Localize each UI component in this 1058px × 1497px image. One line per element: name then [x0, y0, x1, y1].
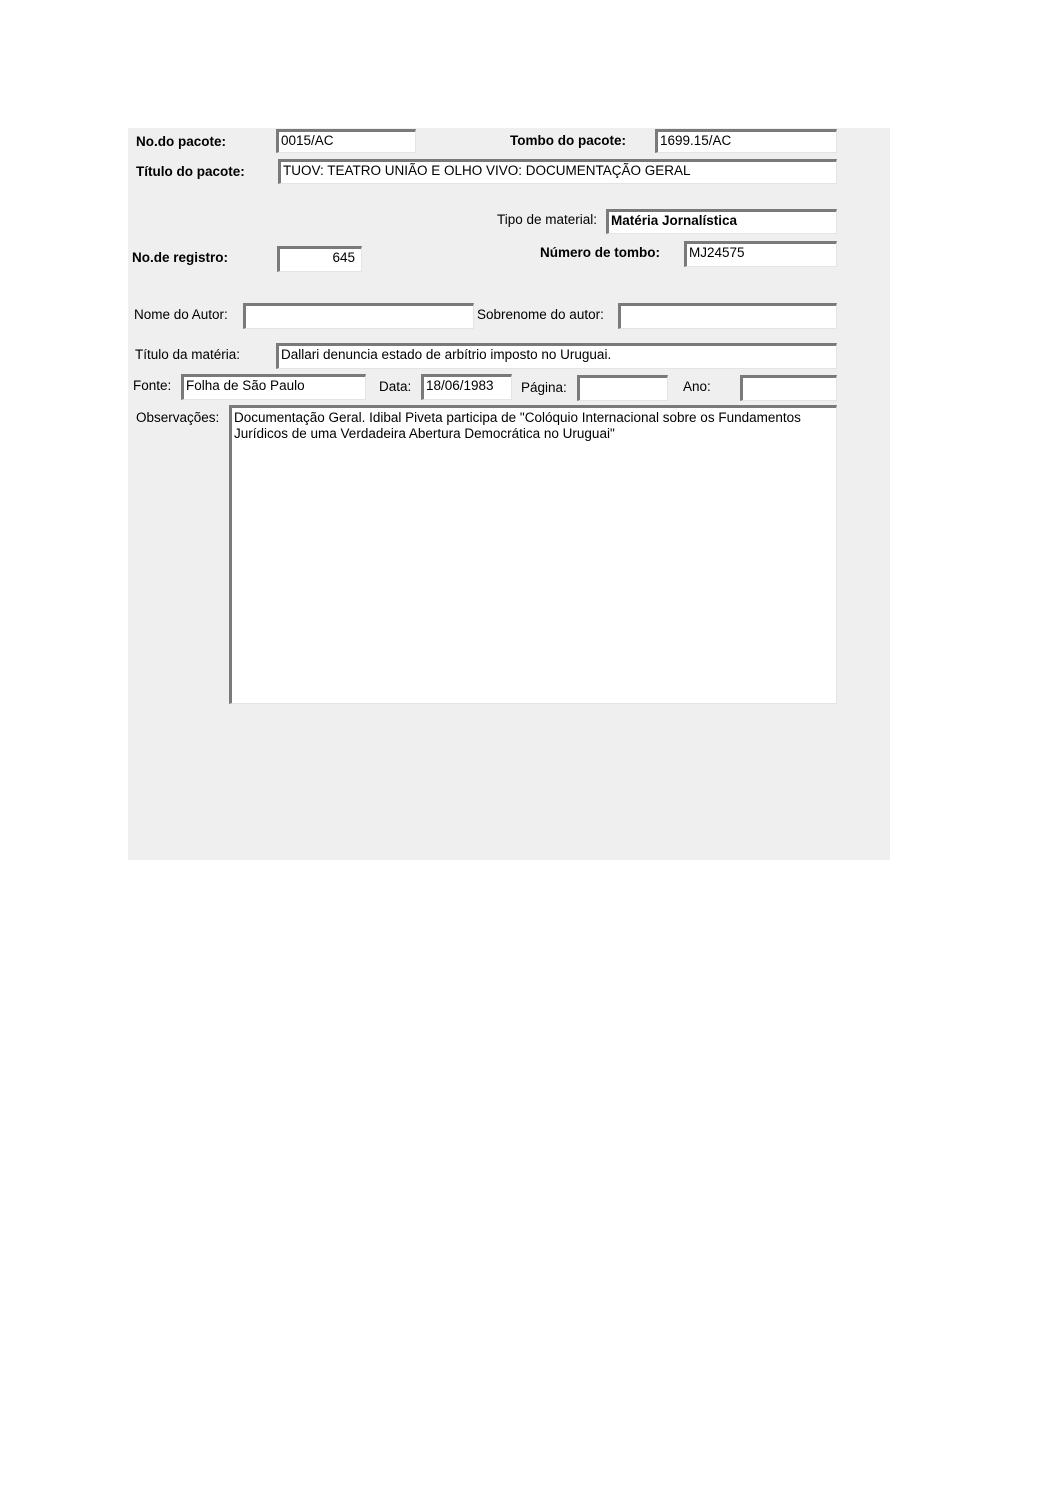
no-pacote-label: No.do pacote:: [136, 134, 226, 150]
data-label: Data:: [379, 379, 411, 395]
pagina-field[interactable]: [577, 375, 668, 401]
sobrenome-autor-field[interactable]: [618, 303, 837, 329]
numero-tombo-field[interactable]: MJ24575: [684, 241, 837, 267]
fonte-label: Fonte:: [133, 378, 171, 394]
tombo-pacote-field[interactable]: 1699.15/AC: [655, 129, 837, 153]
no-pacote-field[interactable]: 0015/AC: [276, 129, 416, 153]
tipo-material-label: Tipo de material:: [497, 212, 597, 228]
nome-autor-label: Nome do Autor:: [134, 307, 228, 323]
sobrenome-autor-label: Sobrenome do autor:: [477, 307, 604, 323]
titulo-pacote-label: Título do pacote:: [136, 164, 245, 180]
observacoes-textarea[interactable]: Documentação Geral. Idibal Piveta partic…: [229, 405, 837, 704]
titulo-materia-label: Título da matéria:: [135, 347, 240, 363]
observacoes-label: Observações:: [136, 410, 219, 426]
tombo-pacote-label: Tombo do pacote:: [510, 133, 626, 149]
no-registro-label: No.de registro:: [132, 250, 228, 266]
fonte-field[interactable]: Folha de São Paulo: [181, 374, 366, 400]
ano-label: Ano:: [683, 379, 711, 395]
titulo-pacote-field[interactable]: TUOV: TEATRO UNIÃO E OLHO VIVO: DOCUMENT…: [278, 159, 837, 184]
tipo-material-field[interactable]: Matéria Jornalística: [606, 209, 837, 234]
ano-field[interactable]: [740, 375, 837, 401]
nome-autor-field[interactable]: [243, 303, 474, 329]
pagina-label: Página:: [521, 380, 567, 396]
titulo-materia-field[interactable]: Dallari denuncia estado de arbítrio impo…: [276, 343, 837, 369]
numero-tombo-label: Número de tombo:: [540, 245, 660, 261]
data-field[interactable]: 18/06/1983: [421, 374, 512, 400]
no-registro-field[interactable]: 645: [277, 246, 362, 272]
